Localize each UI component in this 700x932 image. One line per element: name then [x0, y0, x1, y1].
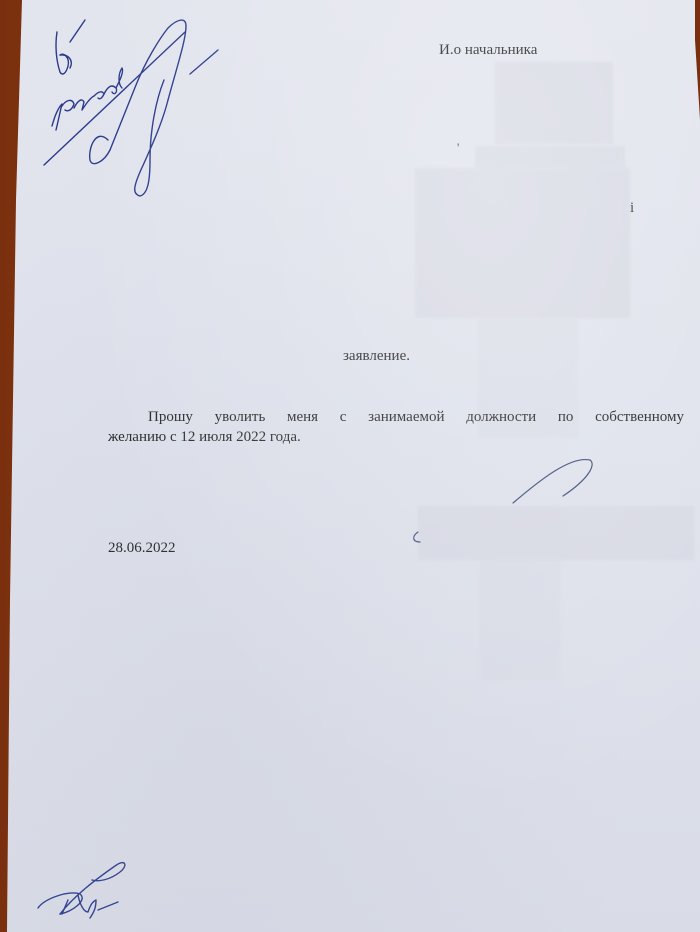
document-paper: И.о начальника ' і заявление. Прошу увол…: [0, 0, 700, 932]
redaction-block-applicant: [415, 168, 630, 318]
redaction-block-organization: [475, 146, 625, 168]
resolution-text-prikaz: [52, 68, 123, 130]
resolution-mark-v: [56, 20, 85, 74]
top-left-signature: [44, 20, 218, 196]
addressee-title: И.о начальника: [439, 42, 537, 59]
header-stray-dot: ': [457, 140, 459, 156]
bottom-left-signature: [38, 863, 125, 918]
document-date: 28.06.2022: [108, 540, 176, 557]
redaction-block-addressee: [495, 62, 613, 144]
body-line-2: желанию с 12 июля 2022 года.: [108, 429, 301, 446]
redaction-block-lower: [480, 560, 560, 680]
body-line-1: Прошу уволить меня с занимаемой должност…: [108, 409, 684, 426]
document-title: заявление.: [343, 348, 410, 365]
header-stray-fragment: і: [630, 200, 634, 217]
redaction-block-applicant-signature: [418, 506, 694, 560]
